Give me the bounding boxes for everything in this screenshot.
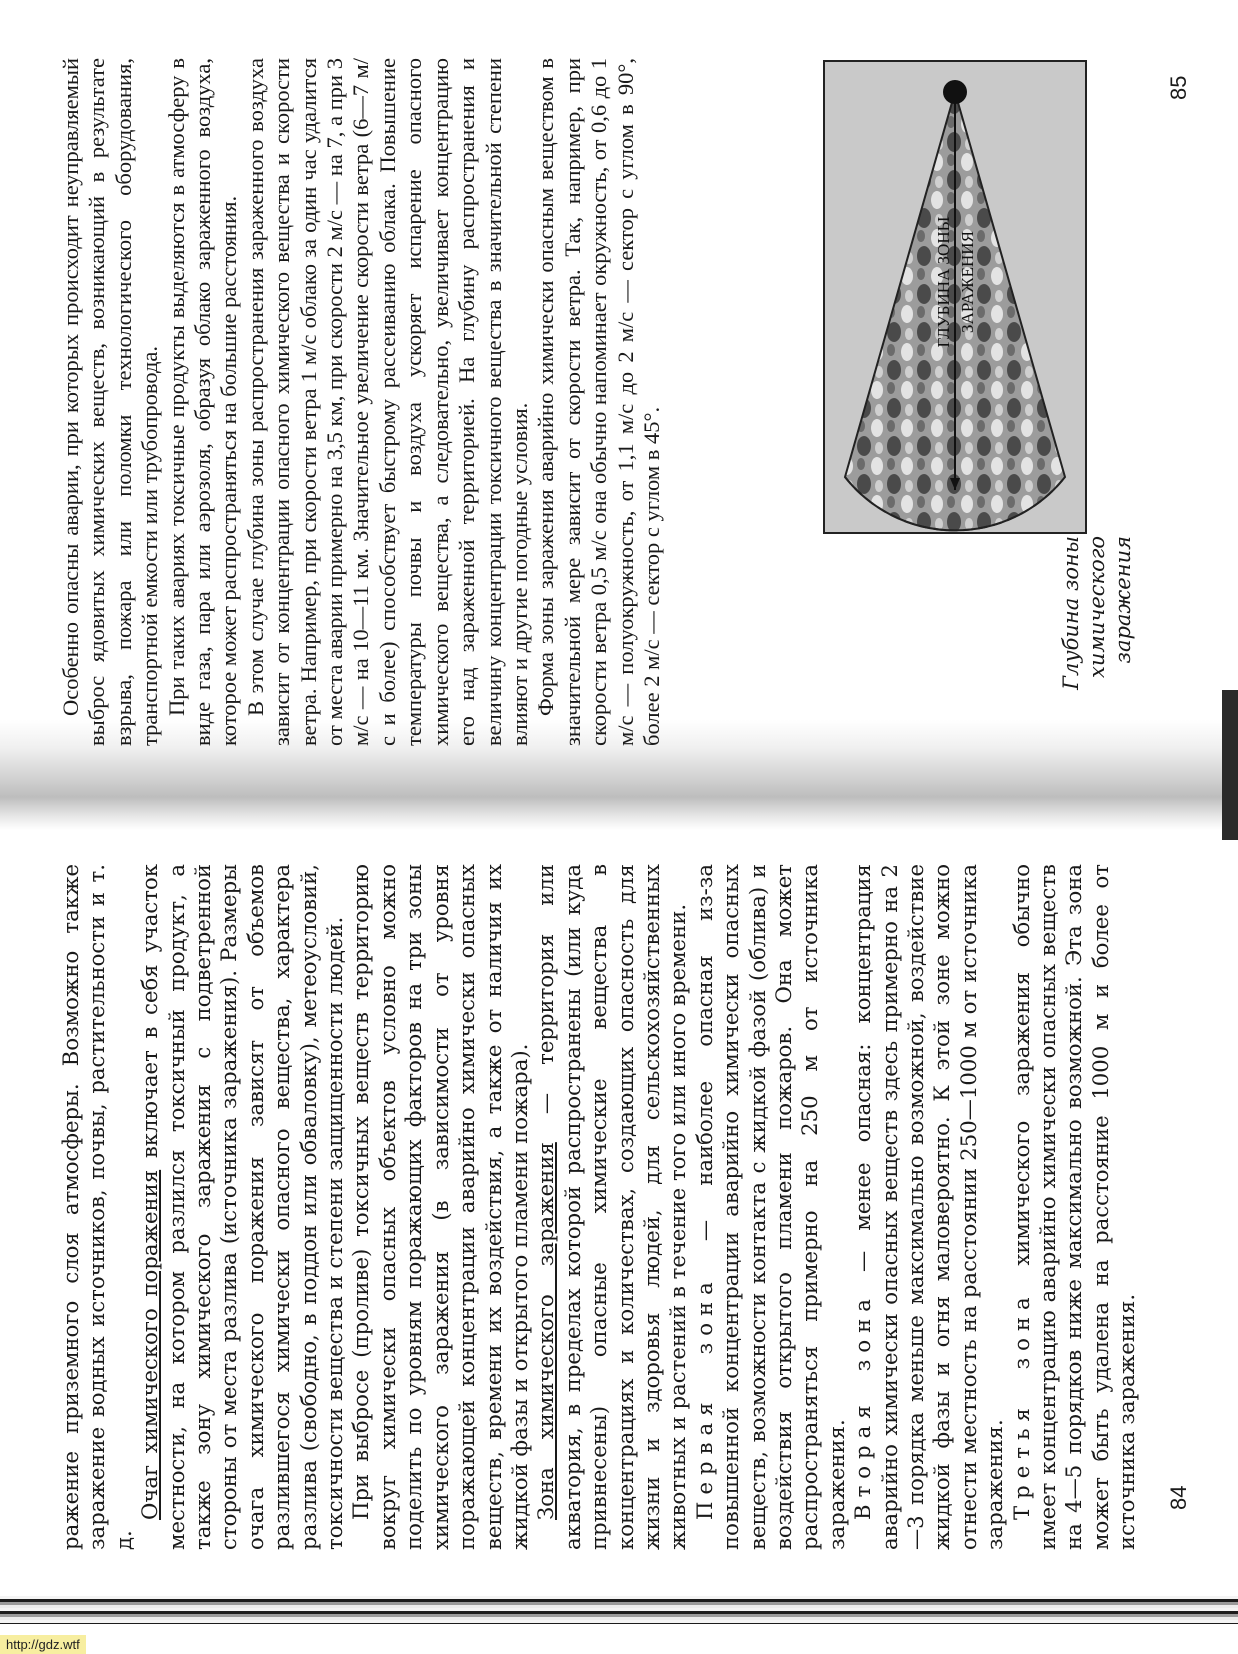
page-84: ражение приземного слоя атмосферы. Возмо…	[58, 860, 1198, 1550]
paragraph: При выбросе (проливе) токсичных веществ …	[348, 864, 533, 1550]
page-84-body: ражение приземного слоя атмосферы. Возмо…	[58, 864, 1141, 1550]
term-chemical-focus: Очаг химического поражения	[137, 1170, 162, 1520]
paragraph: Зона химического заражения — территория …	[533, 864, 691, 1550]
page-85-body: Особенно опасны аварии, при которых прои…	[58, 58, 665, 746]
contamination-sector-icon: ГЛУБИНА ЗОНЫ ЗАРАЖЕНИЯ	[825, 62, 1085, 532]
term-contamination-zone: Зона химического заражения	[533, 1142, 558, 1520]
paragraph: Очаг химического поражения включает в се…	[137, 864, 348, 1550]
page-number-85: 85	[1166, 76, 1192, 100]
contamination-zone-figure: ГЛУБИНА ЗОНЫ ЗАРАЖЕНИЯ	[823, 60, 1087, 534]
paragraph: ражение приземного слоя атмосферы. Возмо…	[58, 864, 137, 1550]
page-edges	[0, 1596, 1238, 1624]
term-second-zone: Вторая зона	[850, 1292, 875, 1520]
paragraph: В этом случае глубина зоны распространен…	[243, 58, 533, 746]
paragraph: При таких авариях токсичные продукты выд…	[164, 58, 243, 746]
term-first-zone: Первая зона	[692, 1275, 717, 1520]
paragraph: Особенно опасны аварии, при которых прои…	[58, 58, 164, 746]
watermark-link[interactable]: http://gdz.wtf	[0, 1635, 86, 1654]
book-edge	[1222, 690, 1238, 840]
figure-label-zone: ЗАРАЖЕНИЯ	[958, 231, 977, 333]
paragraph: Первая зона — наиболее опасная из-за пов…	[692, 864, 850, 1550]
paragraph: Вторая зона — менее опасная: концентраци…	[850, 864, 1008, 1550]
page-85: Особенно опасны аварии, при которых прои…	[58, 56, 1198, 746]
paragraph: Форма зоны заражения аварийно химически …	[533, 58, 665, 746]
page-number-84: 84	[1166, 1486, 1192, 1510]
figure-caption: Глубина зоны химического заражения	[1058, 536, 1136, 726]
paragraph: Третья зона химического заражения обычно…	[1009, 864, 1141, 1550]
term-third-zone: Третья зона	[1009, 1290, 1034, 1520]
figure-label-depth: ГЛУБИНА ЗОНЫ	[934, 216, 953, 347]
